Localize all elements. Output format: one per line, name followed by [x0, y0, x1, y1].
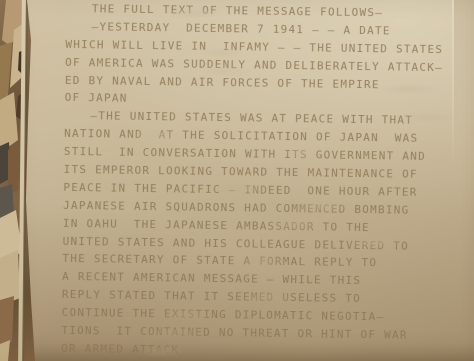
document-page: THE FULL TEXT OF THE MESSAGE FOLLOWS——YE… — [0, 0, 474, 361]
typewritten-text: THE FULL TEXT OF THE MESSAGE FOLLOWS——YE… — [61, 0, 474, 361]
photographed-document: THE FULL TEXT OF THE MESSAGE FOLLOWS——YE… — [0, 0, 474, 361]
